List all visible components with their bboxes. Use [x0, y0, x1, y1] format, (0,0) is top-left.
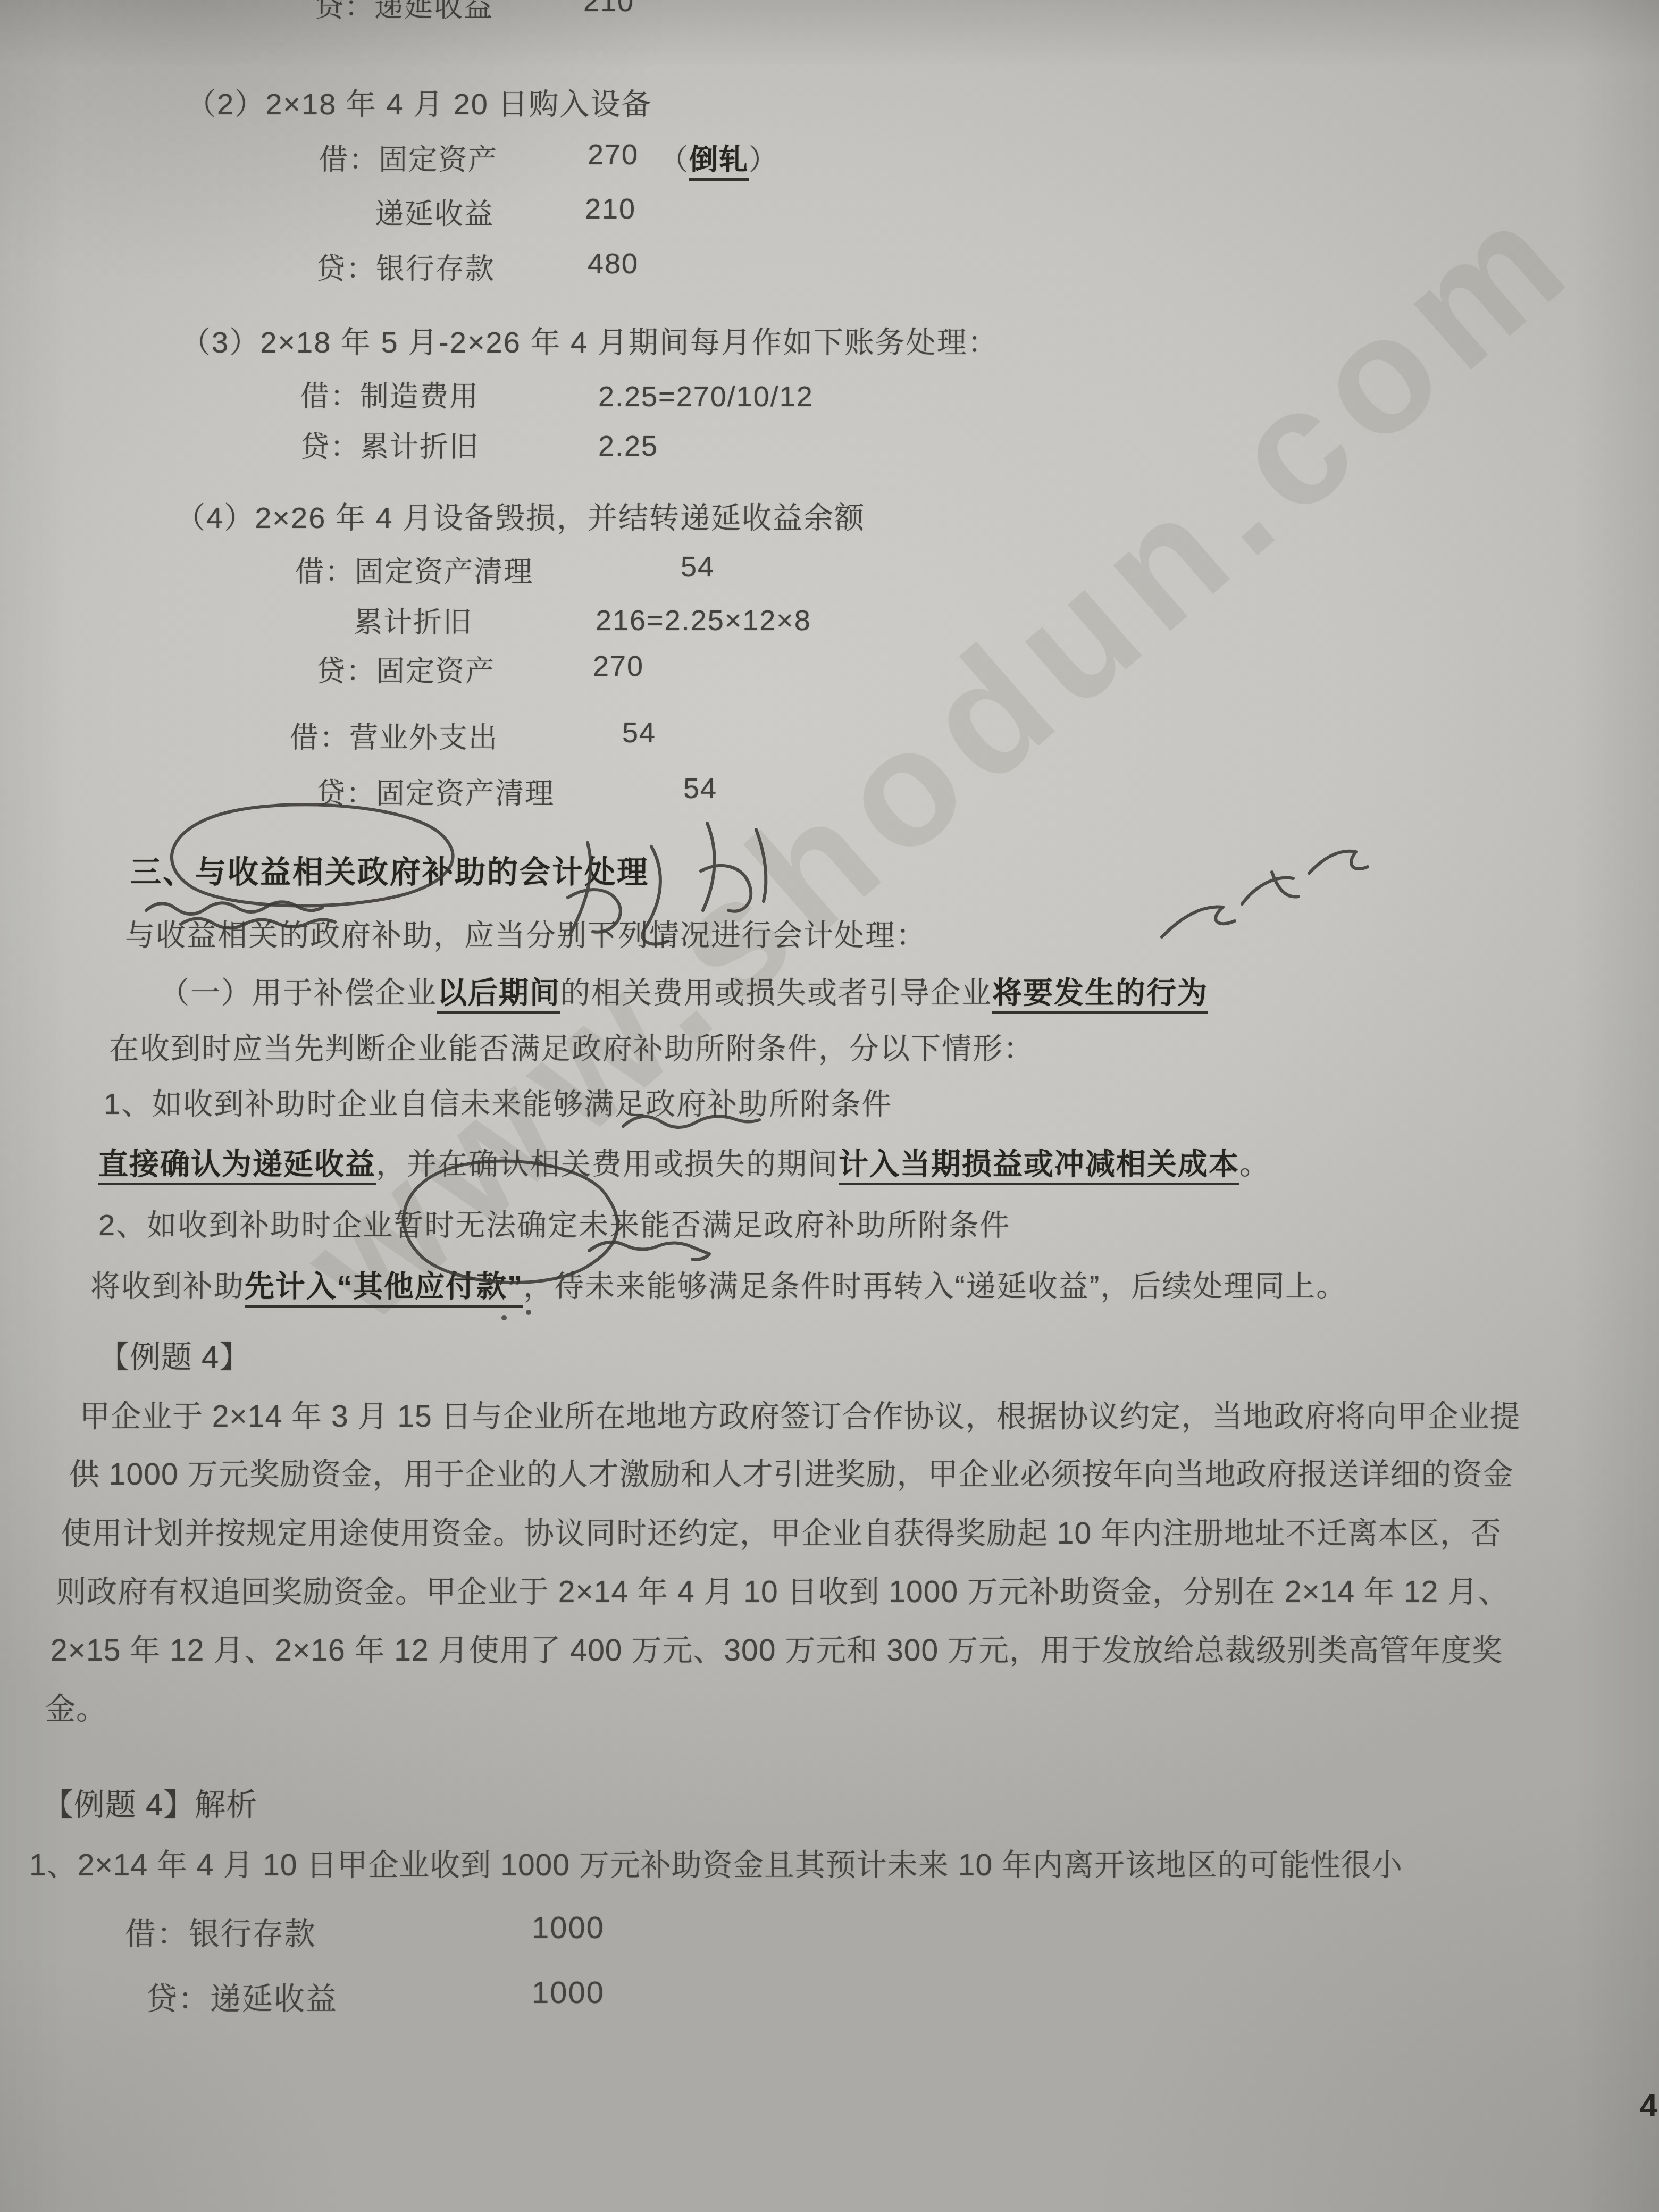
example4-paragraph-line: 2×15 年 12 月、2×16 年 12 月使用了 400 万元、300 万元… [51, 1626, 1503, 1670]
journal-note-plug-figure: （倒轧） [659, 137, 778, 178]
journal-amount: 54 [683, 772, 717, 805]
section3-case1: 1、如收到补助时企业自信未来能够满足政府补助所附条件 [104, 1080, 892, 1123]
journal-amount: 480 [588, 247, 639, 280]
journal-amount-formula: 2.25=270/10/12 [598, 380, 814, 413]
section3-case2-result: 将收到补助先计入“其他应付款”，待未来能够满足条件时再转入“递延收益”，后续处理… [90, 1263, 1347, 1305]
journal-amount: 54 [681, 550, 715, 583]
journal-amount: 1000 [532, 1975, 605, 2010]
journal-label: 累计折旧 [354, 607, 473, 639]
example4-paragraph-line: 甲企业于 2×14 年 3 月 15 日与企业所在地地方政府签订合作协议，根据协… [80, 1392, 1521, 1436]
journal-label: 递延收益 [375, 198, 494, 230]
section3-case2: 2、如收到补助时企业暂时无法确定未来能否满足政府补助所附条件 [98, 1202, 1010, 1244]
journal-label: 贷：递延收益 [146, 1982, 338, 2016]
journal-line-debit-accumulated-depreciation: 累计折旧 216=2.25×12×8 [354, 600, 473, 641]
journal-amount: 210 [583, 0, 634, 18]
item3-heading: （3）2×18 年 5 月-2×26 年 4 月期间每月作如下账务处理： [181, 319, 999, 362]
analysis-step1: 1、2×14 年 4 月 10 日甲企业收到 1000 万元补助资金且其预计未来… [29, 1841, 1403, 1884]
item2-heading: （2）2×18 年 4 月 20 日购入设备 [186, 81, 652, 123]
journal-label: 贷：固定资产 [316, 656, 495, 688]
journal-line-credit-accumulated-depreciation: 贷：累计折旧 2.25 [300, 424, 479, 465]
journal-line-credit-deferred-income-top: 贷：递延收益 210 [315, 0, 493, 25]
journal-amount-formula: 216=2.25×12×8 [596, 604, 811, 637]
section3-heading: 三、与收益相关政府补助的会计处理 [130, 847, 649, 892]
journal-label: 借：制造费用 [300, 381, 479, 413]
journal-label: 贷：递延收益 [315, 0, 493, 23]
journal-line-credit-deferred-income: 贷：递延收益 1000 [146, 1974, 338, 2018]
journal-line-debit-nonoperating-expense: 借：营业外支出 54 [290, 715, 498, 756]
journal-amount: 2.25 [598, 430, 658, 463]
paper-sheet: www.shodun.com 贷：递延收益 210 （2）2×18 年 4 月 … [0, 0, 1659, 2212]
journal-line-credit-fixed-asset-disposal: 贷：固定资产清理 54 [316, 771, 555, 812]
analysis-heading: 【例题 4】解析 [43, 1780, 257, 1824]
journal-amount: 54 [622, 716, 656, 749]
journal-line-debit-fixed-assets: 借：固定资产 270 （倒轧） [319, 137, 498, 178]
journal-line-credit-fixed-assets: 贷：固定资产 270 [316, 649, 495, 690]
example4-paragraph-line: 金。 [45, 1685, 107, 1728]
journal-line-credit-bank-deposit: 贷：银行存款 480 [316, 246, 495, 287]
example4-tag: 【例题 4】 [98, 1332, 250, 1377]
section3-case1-result: 直接确认为递延收益，并在确认相关费用或损失的期间计入当期损益或冲减相关成本。 [98, 1141, 1270, 1183]
section3-intro: 与收益相关的政府补助，应当分别下列情况进行会计处理： [125, 912, 927, 954]
journal-amount: 1000 [532, 1910, 605, 1946]
journal-label: 贷：累计折旧 [300, 431, 479, 463]
journal-line-debit-manufacturing-overhead: 借：制造费用 2.25=270/10/12 [300, 374, 479, 415]
section3-item1: （一）用于补偿企业以后期间的相关费用或损失或者引导企业将要发生的行为 [160, 969, 1208, 1012]
example4-paragraph-line: 使用计划并按规定用途使用资金。协议同时还约定，甲企业自获得奖励起 10 年内注册… [61, 1509, 1502, 1553]
journal-label: 借：银行存款 [125, 1917, 316, 1951]
handwritten-annotation-2 [1162, 851, 1368, 937]
journal-line-debit-deferred-income: 递延收益 210 [375, 191, 494, 232]
photographed-document-page: { "page": { "watermark_text": "www.shodu… [0, 0, 1659, 2212]
journal-amount: 270 [593, 650, 644, 683]
journal-label: 借：营业外支出 [290, 722, 498, 754]
section3-item1-body: 在收到时应当先判断企业能否满足政府补助所附条件，分以下情形： [109, 1025, 1034, 1068]
journal-line-debit-fixed-asset-disposal: 借：固定资产清理 54 [295, 549, 533, 590]
journal-amount: 270 [588, 138, 639, 171]
example4-paragraph-line: 则政府有权追回奖励资金。甲企业于 2×14 年 4 月 10 日收到 1000 … [56, 1568, 1509, 1611]
page-number: 4 [1640, 2087, 1657, 2124]
journal-label: 贷：银行存款 [316, 253, 495, 285]
item4-heading: （4）2×26 年 4 月设备毁损，并结转递延收益余额 [175, 495, 865, 537]
journal-label: 借：固定资产清理 [295, 556, 533, 588]
journal-line-debit-bank-deposit: 借：银行存款 1000 [125, 1909, 316, 1954]
journal-amount: 210 [585, 192, 636, 225]
example4-paragraph-line: 供 1000 万元奖励资金，用于企业的人才激励和人才引进奖励，甲企业必须按年向当… [69, 1450, 1513, 1494]
journal-label: 借：固定资产 [319, 144, 498, 176]
journal-label: 贷：固定资产清理 [316, 778, 555, 810]
